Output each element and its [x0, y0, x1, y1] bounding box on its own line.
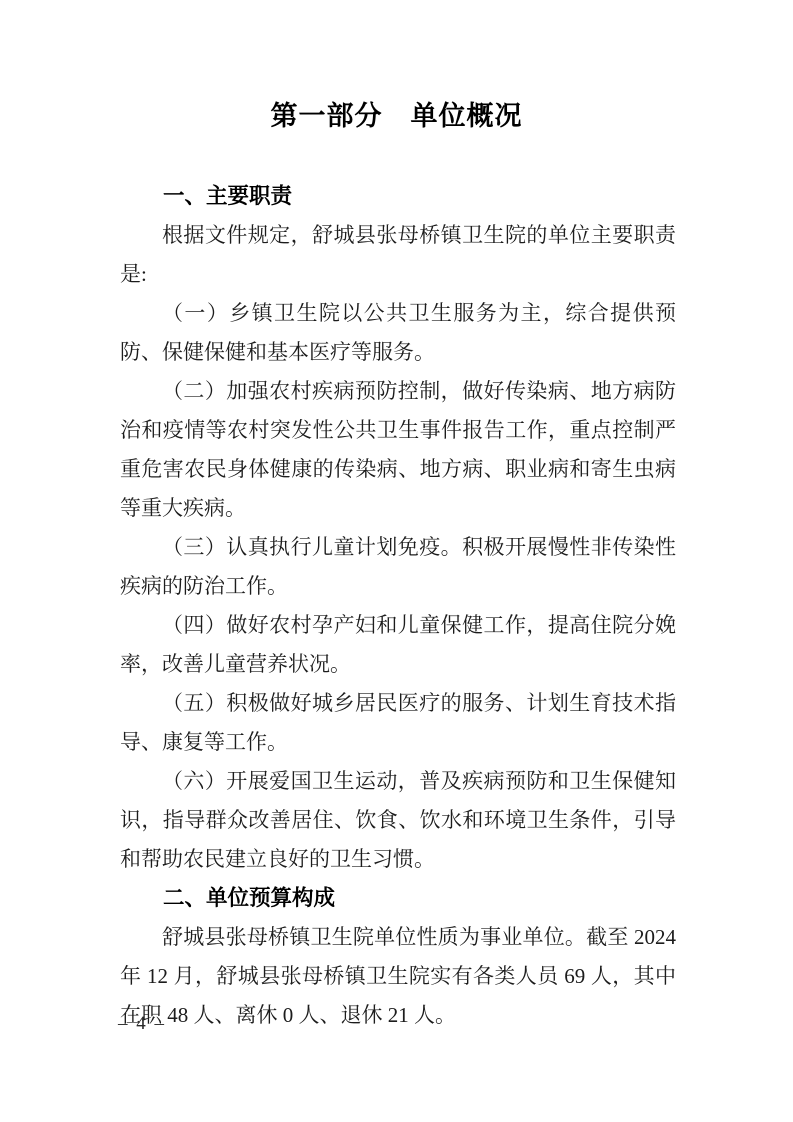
paragraph-duty-5: （五）积极做好城乡居民医疗的服务、计划生育技术指导、康复等工作。	[120, 684, 676, 762]
paragraph-duty-3: （三）认真执行儿童计划免疫。积极开展慢性非传染性疾病的防治工作。	[120, 528, 676, 606]
paragraph-duty-2: （二）加强农村疾病预防控制，做好传染病、地方病防治和疫情等农村突发性公共卫生事件…	[120, 372, 676, 528]
paragraph-duty-6: （六）开展爱国卫生运动，普及疾病预防和卫生保健知识，指导群众改善居住、饮食、饮水…	[120, 762, 676, 879]
paragraph-duty-1: （一）乡镇卫生院以公共卫生服务为主，综合提供预防、保健保健和基本医疗等服务。	[120, 294, 676, 372]
paragraph-intro: 根据文件规定，舒城县张母桥镇卫生院的单位主要职责是:	[120, 216, 676, 294]
paragraph-budget-composition: 舒城县张母桥镇卫生院单位性质为事业单位。截至 2024 年 12 月，舒城县张母…	[120, 918, 676, 1035]
section-heading-budget-composition: 二、单位预算构成	[120, 879, 676, 918]
section-heading-main-duties: 一、主要职责	[120, 177, 676, 216]
paragraph-duty-4: （四）做好农村孕产妇和儿童保健工作，提高住院分娩率，改善儿童营养状况。	[120, 606, 676, 684]
document-page: 第一部分 单位概况 一、主要职责 根据文件规定，舒城县张母桥镇卫生院的单位主要职…	[0, 0, 793, 1122]
page-number: – 4 –	[118, 1012, 166, 1036]
page-title: 第一部分 单位概况	[0, 0, 793, 133]
document-body: 一、主要职责 根据文件规定，舒城县张母桥镇卫生院的单位主要职责是: （一）乡镇卫…	[0, 133, 793, 1035]
